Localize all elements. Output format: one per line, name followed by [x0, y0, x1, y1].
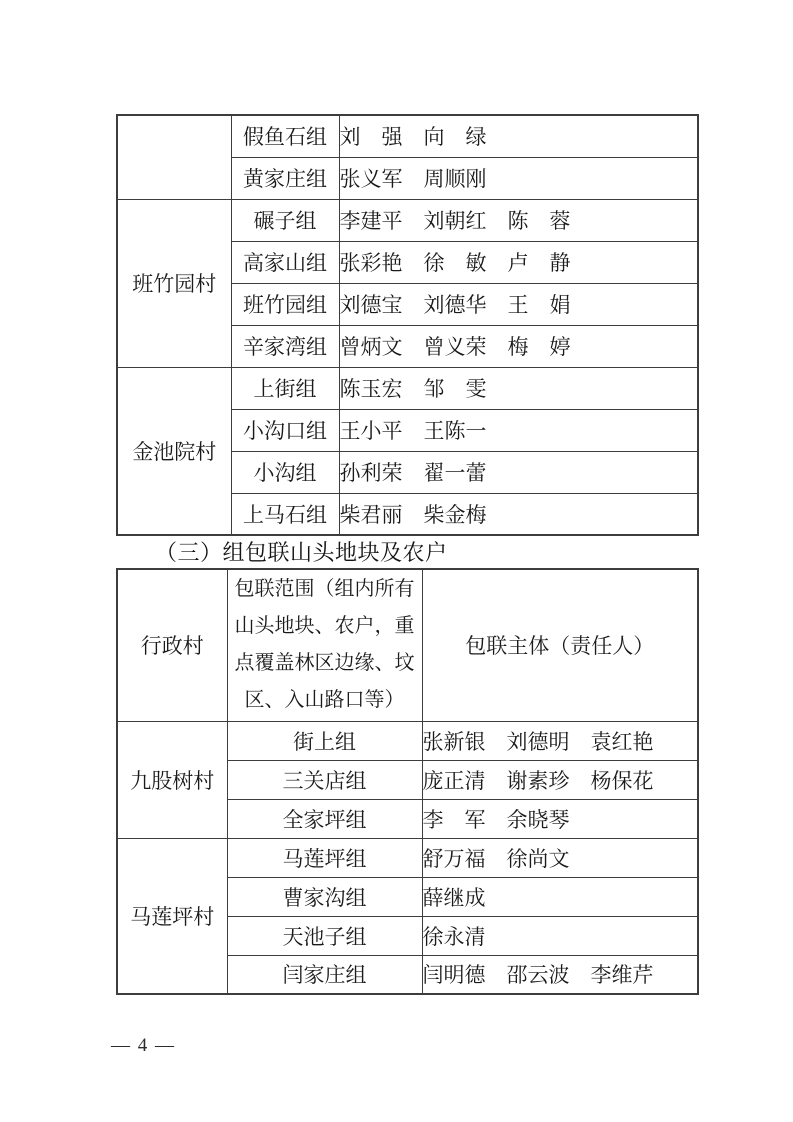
- table-header-row: 行政村 包联范围（组内所有 山头地块、农户，重 点覆盖林区边缘、坟 区、入山路口…: [117, 569, 698, 721]
- table-row: 班竹园村 碾子组 李建平 刘朝红 陈 蓉: [117, 199, 698, 241]
- table-row: 金池院村 上街组 陈玉宏 邹 雯: [117, 367, 698, 409]
- page-number: — 4 —: [111, 1035, 174, 1057]
- section-heading: （三）组包联山头地块及农户: [155, 536, 448, 567]
- members-cell: 李 军 余晓琴: [422, 799, 698, 838]
- group-name-cell: 三关店组: [227, 760, 422, 799]
- group-name-cell: 闫家庄组: [227, 955, 422, 994]
- header-village-cell: 行政村: [117, 569, 227, 721]
- members-cell: 薛继成: [422, 877, 698, 916]
- group-name-cell: 街上组: [227, 721, 422, 760]
- members-cell: 舒万福 徐尚文: [422, 838, 698, 877]
- members-cell: 张新银 刘德明 袁红艳: [422, 721, 698, 760]
- group-name-cell: 黄家庄组: [231, 157, 339, 199]
- members-cell: 李建平 刘朝红 陈 蓉: [339, 199, 698, 241]
- members-cell: 张彩艳 徐 敏 卢 静: [339, 241, 698, 283]
- group-name-cell: 上马石组: [231, 493, 339, 535]
- village-group-table: 假鱼石组 刘 强 向 绿 黄家庄组 张义军 周顺刚 班竹园村 碾子组 李建平 刘…: [116, 114, 699, 536]
- group-name-cell: 小沟口组: [231, 409, 339, 451]
- header-subject-cell: 包联主体（责任人）: [422, 569, 698, 721]
- group-name-cell: 上街组: [231, 367, 339, 409]
- group-name-cell: 小沟组: [231, 451, 339, 493]
- members-cell: 刘 强 向 绿: [339, 115, 698, 157]
- members-cell: 王小平 王陈一: [339, 409, 698, 451]
- group-name-cell: 假鱼石组: [231, 115, 339, 157]
- group-liaison-table: 行政村 包联范围（组内所有 山头地块、农户，重 点覆盖林区边缘、坟 区、入山路口…: [116, 568, 699, 995]
- members-cell: 张义军 周顺刚: [339, 157, 698, 199]
- members-cell: 刘德宝 刘德华 王 娟: [339, 283, 698, 325]
- members-cell: 徐永清: [422, 916, 698, 955]
- members-cell: 闫明德 邵云波 李维芹: [422, 955, 698, 994]
- members-cell: 孙利荣 翟一蕾: [339, 451, 698, 493]
- table-row: 九股树村 街上组 张新银 刘德明 袁红艳: [117, 721, 698, 760]
- group-name-cell: 马莲坪组: [227, 838, 422, 877]
- table-row: 马莲坪村 马莲坪组 舒万福 徐尚文: [117, 838, 698, 877]
- group-name-cell: 天池子组: [227, 916, 422, 955]
- members-cell: 柴君丽 柴金梅: [339, 493, 698, 535]
- group-name-cell: 高家山组: [231, 241, 339, 283]
- members-cell: 庞正清 谢素珍 杨保花: [422, 760, 698, 799]
- group-name-cell: 曹家沟组: [227, 877, 422, 916]
- header-range-cell: 包联范围（组内所有 山头地块、农户，重 点覆盖林区边缘、坟 区、入山路口等）: [227, 569, 422, 721]
- table-row: 假鱼石组 刘 强 向 绿: [117, 115, 698, 157]
- document-page: 假鱼石组 刘 强 向 绿 黄家庄组 张义军 周顺刚 班竹园村 碾子组 李建平 刘…: [0, 0, 793, 1122]
- members-cell: 陈玉宏 邹 雯: [339, 367, 698, 409]
- village-cell: 马莲坪村: [117, 838, 227, 994]
- village-cell: 班竹园村: [117, 199, 231, 367]
- group-name-cell: 辛家湾组: [231, 325, 339, 367]
- village-cell: 九股树村: [117, 721, 227, 838]
- group-name-cell: 碾子组: [231, 199, 339, 241]
- members-cell: 曾炳文 曾义荣 梅 婷: [339, 325, 698, 367]
- village-cell: [117, 115, 231, 199]
- group-name-cell: 全家坪组: [227, 799, 422, 838]
- group-name-cell: 班竹园组: [231, 283, 339, 325]
- village-cell: 金池院村: [117, 367, 231, 535]
